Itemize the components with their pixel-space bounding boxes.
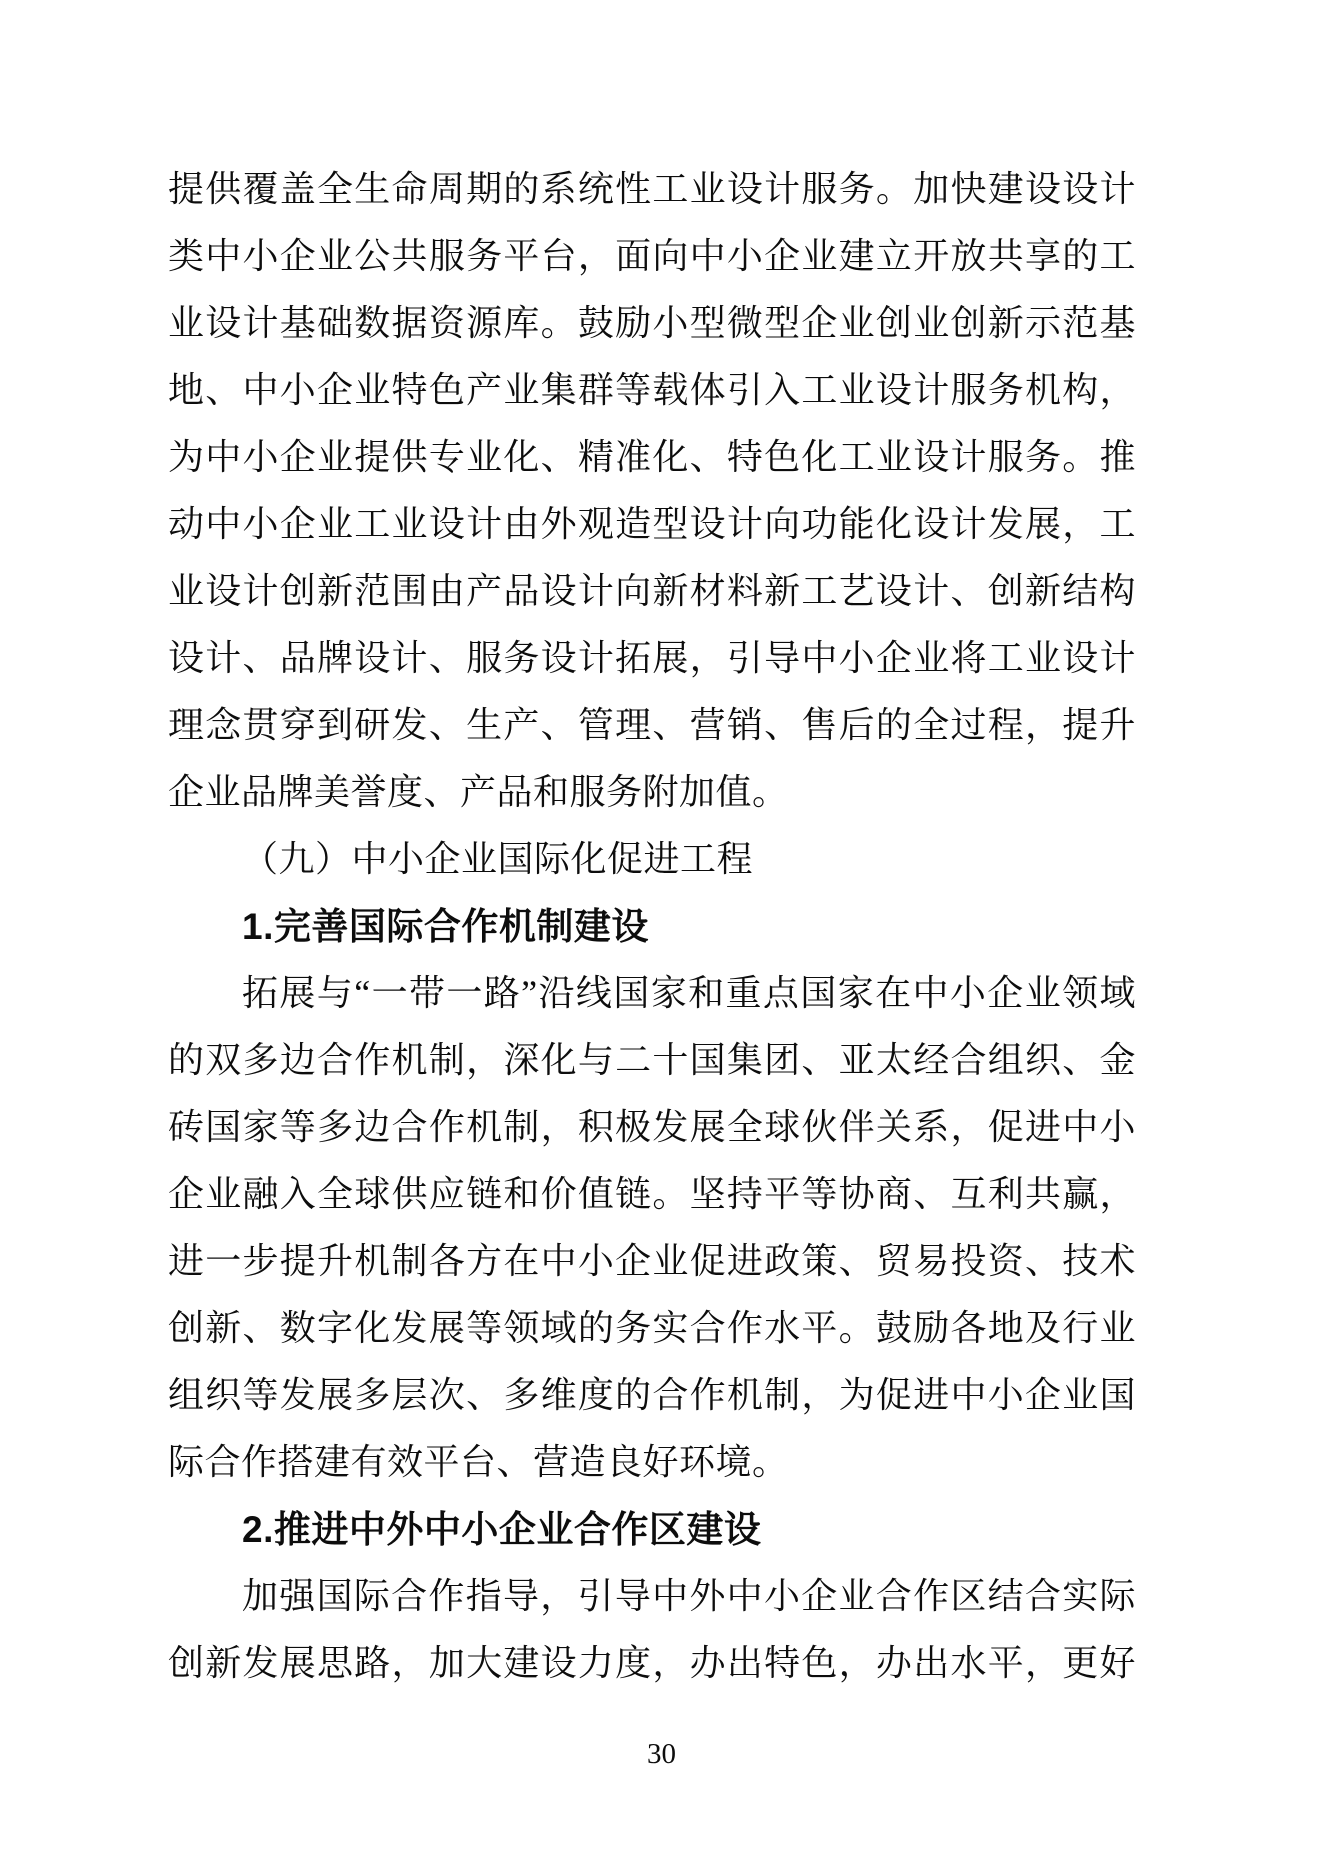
text-line: 类中小企业公共服务平台，面向中小企业建立开放共享的工 <box>168 223 1136 290</box>
subsection-heading: 2.推进中外中小企业合作区建设 <box>168 1496 1136 1563</box>
paragraph-end-line: 际合作搭建有效平台、营造良好环境。 <box>168 1429 1136 1496</box>
text-line: 设计、品牌设计、服务设计拓展，引导中小企业将工业设计 <box>168 625 1136 692</box>
text-line: 企业融入全球供应链和价值链。坚持平等协商、互利共赢， <box>168 1161 1136 1228</box>
text-line: 组织等发展多层次、多维度的合作机制，为促进中小企业国 <box>168 1362 1136 1429</box>
text-block: 提供覆盖全生命周期的系统性工业设计服务。加快建设设计类中小企业公共服务平台，面向… <box>168 156 1136 1697</box>
page-number: 30 <box>0 1738 1323 1771</box>
paragraph-end-line: 企业品牌美誉度、产品和服务附加值。 <box>168 759 1136 826</box>
text-line: 创新、数字化发展等领域的务实合作水平。鼓励各地及行业 <box>168 1295 1136 1362</box>
text-line: 进一步提升机制各方在中小企业促进政策、贸易投资、技术 <box>168 1228 1136 1295</box>
text-line: 的双多边合作机制，深化与二十国集团、亚太经合组织、金 <box>168 1027 1136 1094</box>
text-line: 业设计创新范围由产品设计向新材料新工艺设计、创新结构 <box>168 558 1136 625</box>
text-line: 提供覆盖全生命周期的系统性工业设计服务。加快建设设计 <box>168 156 1136 223</box>
paragraph-start-line: 拓展与“一带一路”沿线国家和重点国家在中小企业领域 <box>168 960 1136 1027</box>
section-heading: （九）中小企业国际化促进工程 <box>168 826 1136 893</box>
text-line: 砖国家等多边合作机制，积极发展全球伙伴关系，促进中小 <box>168 1094 1136 1161</box>
subsection-heading: 1.完善国际合作机制建设 <box>168 893 1136 960</box>
text-line: 理念贯穿到研发、生产、管理、营销、售后的全过程，提升 <box>168 692 1136 759</box>
text-line: 业设计基础数据资源库。鼓励小型微型企业创业创新示范基 <box>168 290 1136 357</box>
text-line: 动中小企业工业设计由外观造型设计向功能化设计发展，工 <box>168 491 1136 558</box>
text-line: 创新发展思路，加大建设力度，办出特色，办出水平，更好 <box>168 1630 1136 1697</box>
paragraph-start-line: 加强国际合作指导，引导中外中小企业合作区结合实际 <box>168 1563 1136 1630</box>
document-page: 提供覆盖全生命周期的系统性工业设计服务。加快建设设计类中小企业公共服务平台，面向… <box>0 0 1323 1871</box>
text-line: 为中小企业提供专业化、精准化、特色化工业设计服务。推 <box>168 424 1136 491</box>
text-line: 地、中小企业特色产业集群等载体引入工业设计服务机构， <box>168 357 1136 424</box>
